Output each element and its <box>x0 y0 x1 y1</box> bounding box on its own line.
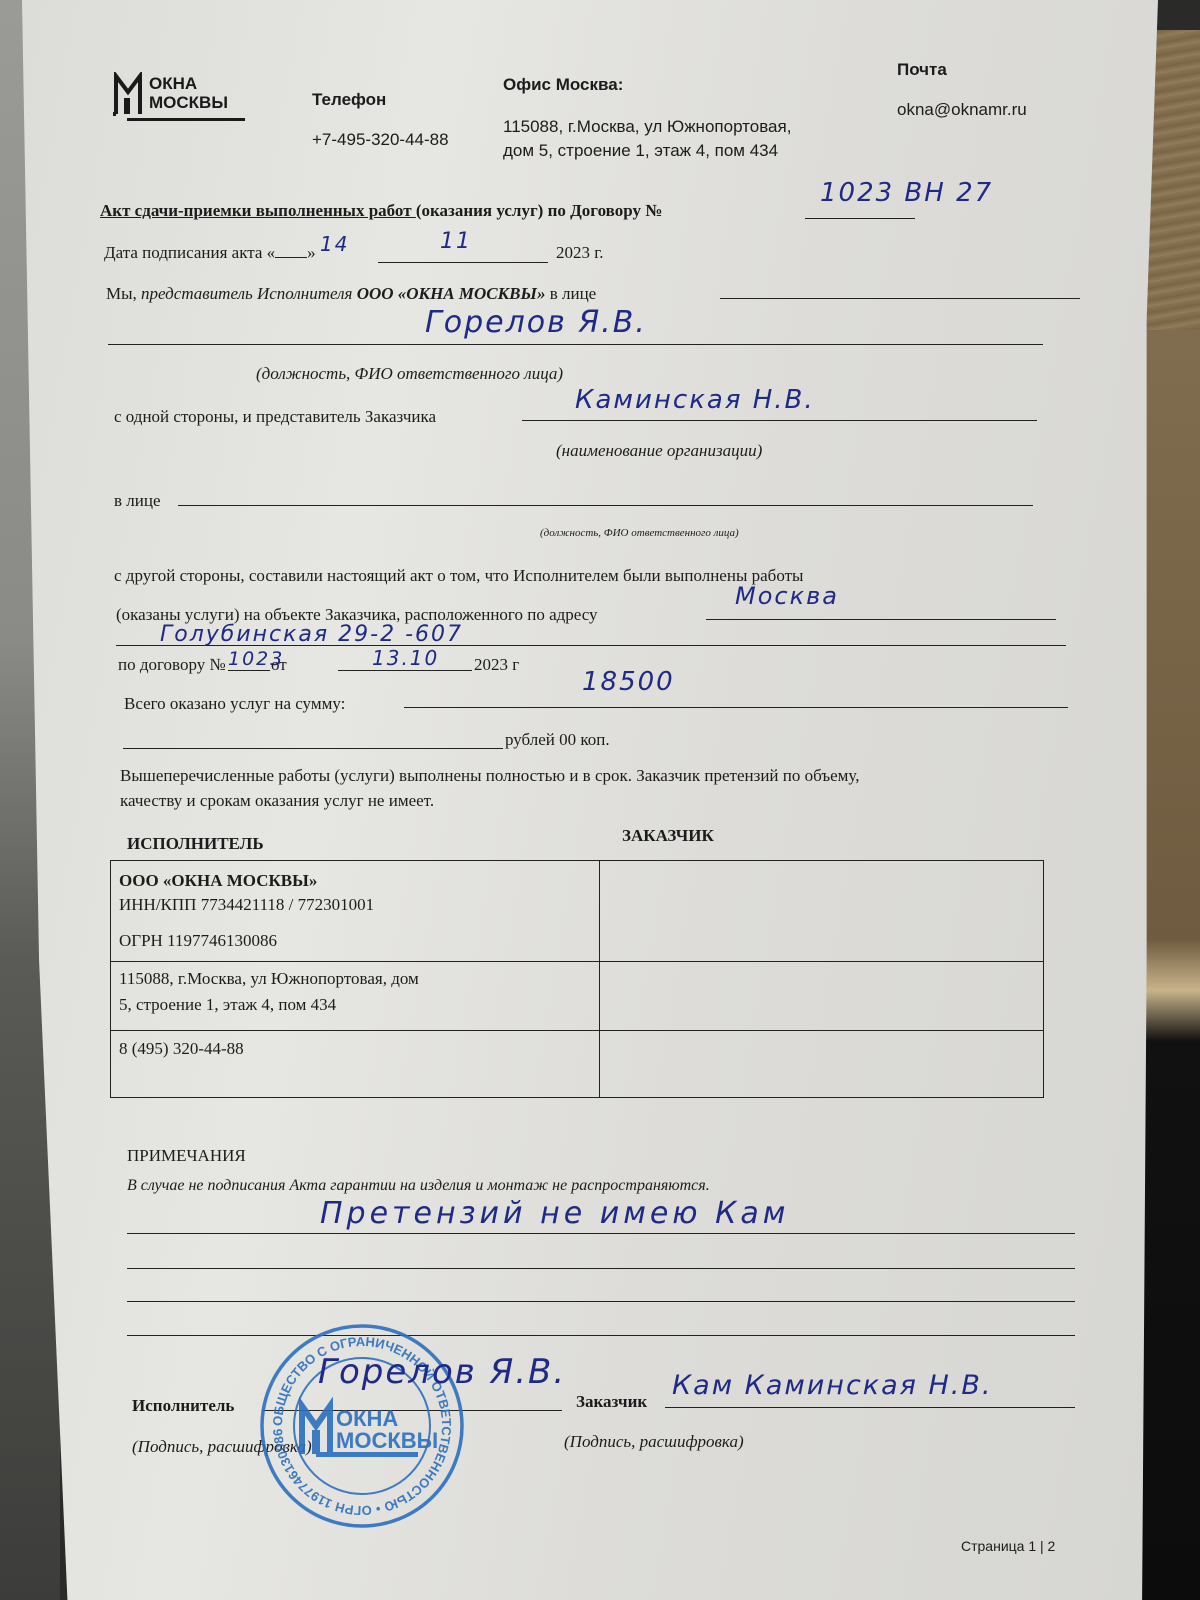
date-day-handwritten: 14 <box>320 232 349 256</box>
contract-ref-from: от <box>271 655 287 675</box>
address-field[interactable] <box>706 619 1056 620</box>
completion-line2: качеству и срокам оказания услуг не имее… <box>120 791 434 811</box>
executor-rep-handwritten: Горелов Я.В. <box>425 305 647 340</box>
phone-label: Телефон <box>312 90 386 110</box>
svg-text:МОСКВЫ: МОСКВЫ <box>336 1428 438 1453</box>
address-city-handwritten: Москва <box>735 582 839 610</box>
contract-number-field[interactable] <box>805 218 915 219</box>
executor-signature-handwritten: Горелов Я.В. <box>318 1352 566 1392</box>
warranty-text: В случае не подписания Акта гарантии на … <box>127 1177 710 1195</box>
email-label: Почта <box>897 60 947 80</box>
customer-details-cell[interactable] <box>601 861 1041 961</box>
date-month-field[interactable] <box>378 262 548 263</box>
in-person-field[interactable] <box>178 505 1033 506</box>
in-person-caption: (должность, ФИО ответственного лица) <box>540 527 739 539</box>
contract-number-handwritten: 1023 ВН 27 <box>820 178 993 208</box>
executor-address-line1: 115088, г.Москва, ул Южнопортовая, дом <box>119 969 419 989</box>
total-words-field[interactable] <box>123 748 503 749</box>
company-logo: ОКНА МОСКВЫ <box>113 72 248 124</box>
email-value: okna@oknamr.ru <box>897 100 1027 120</box>
in-person-label: в лице <box>114 491 161 511</box>
executor-intro: Мы, представитель Исполнителя ООО «ОКНА … <box>106 284 596 304</box>
contract-ref-number-field[interactable] <box>228 670 270 671</box>
notes-heading: ПРИМЕЧАНИЯ <box>127 1146 246 1166</box>
executor-inn-kpp: ИНН/КПП 7734421118 / 772301001 <box>119 895 374 915</box>
page-indicator: Страница 1 | 2 <box>961 1538 1055 1554</box>
handwritten-note: Претензий не имею Кам <box>320 1196 789 1231</box>
executor-rep-field[interactable] <box>108 344 1043 345</box>
total-amount-field[interactable] <box>404 707 1068 708</box>
contract-ref-year: 2023 г <box>474 655 519 675</box>
contract-ref-date-handwritten: 13.10 <box>372 646 439 670</box>
office-address-line1: 115088, г.Москва, ул Южнопортовая, <box>503 117 791 137</box>
other-side-text: с другой стороны, составили настоящий ак… <box>114 566 803 586</box>
date-year: 2023 г. <box>556 243 604 263</box>
executor-sign-label: Исполнитель <box>132 1396 234 1416</box>
customer-sign-label: Заказчик <box>576 1392 647 1412</box>
executor-address-line2: 5, строение 1, этаж 4, пом 434 <box>119 995 336 1015</box>
address-street-handwritten: Голубинская 29-2 -607 <box>160 622 463 647</box>
customer-signature-handwritten: Кам Каминская Н.В. <box>672 1370 992 1401</box>
customer-org-caption: (наименование организации) <box>556 441 762 461</box>
executor-heading: ИСПОЛНИТЕЛЬ <box>127 834 264 854</box>
parties-table: ООО «ОКНА МОСКВЫ» ИНН/КПП 7734421118 / 7… <box>110 860 1044 1098</box>
act-title: Акт сдачи-приемки выполненных работ (ока… <box>100 201 662 221</box>
executor-rep-caption: (должность, ФИО ответственного лица) <box>256 364 563 384</box>
notes-line-2[interactable] <box>127 1268 1075 1269</box>
customer-phone-cell[interactable] <box>601 1031 1041 1095</box>
customer-address-cell[interactable] <box>601 962 1041 1030</box>
customer-rep-field[interactable] <box>522 420 1037 421</box>
customer-signature-field[interactable] <box>665 1407 1075 1408</box>
rubles-suffix: рублей 00 коп. <box>505 730 610 750</box>
customer-heading: ЗАКАЗЧИК <box>622 826 714 846</box>
completion-line1: Вышеперечисленные работы (услуги) выполн… <box>120 766 859 786</box>
customer-rep-handwritten: Каминская Н.В. <box>575 385 815 415</box>
phone-value: +7-495-320-44-88 <box>312 130 449 150</box>
office-address-line2: дом 5, строение 1, этаж 4, пом 434 <box>503 141 778 161</box>
executor-ogrn: ОГРН 1197746130086 <box>119 931 277 951</box>
logo-underline <box>127 118 245 121</box>
executor-rep-field-top[interactable] <box>720 298 1080 299</box>
notes-line-1[interactable] <box>127 1233 1075 1234</box>
customer-intro: с одной стороны, и представитель Заказчи… <box>114 407 436 427</box>
executor-company: ООО «ОКНА МОСКВЫ» <box>119 871 317 891</box>
date-month-handwritten: 11 <box>440 229 472 254</box>
logo-text: ОКНА МОСКВЫ <box>149 74 228 112</box>
date-label: Дата подписания акта «» <box>104 243 316 263</box>
contract-ref-label: по договору № <box>118 655 226 675</box>
total-amount-handwritten: 18500 <box>582 667 675 697</box>
total-label: Всего оказано услуг на сумму: <box>124 694 345 714</box>
contract-ref-date-field[interactable] <box>338 670 472 671</box>
customer-sign-caption: (Подпись, расшифровка) <box>564 1432 744 1452</box>
executor-phone: 8 (495) 320-44-88 <box>119 1039 244 1059</box>
notes-line-3[interactable] <box>127 1301 1075 1302</box>
office-label: Офис Москва: <box>503 75 623 95</box>
logo-m-icon <box>113 72 143 118</box>
